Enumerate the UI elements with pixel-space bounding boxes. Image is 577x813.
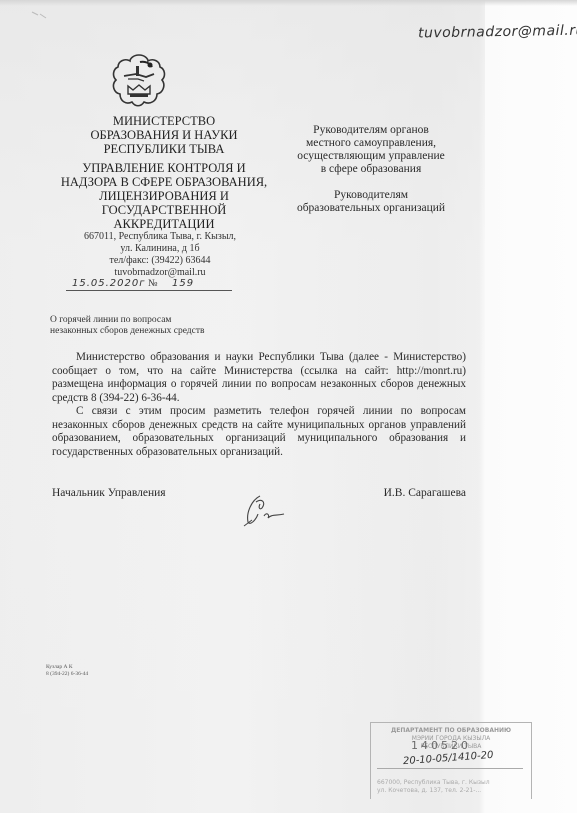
addressee-local-authorities: Руководителям органов местного самоуправ… xyxy=(276,124,466,176)
incoming-registration-stamp: ДЕПАРТАМЕНТ ПО ОБРАЗОВАНИЮ МЭРИИ ГОРОДА … xyxy=(370,722,532,799)
stamp-address: 667000, Республика Тыва, г. Кызыл ул. Ко… xyxy=(377,779,525,795)
body-paragraph: С связи с этим просим разметить телефон … xyxy=(52,405,466,459)
sender-address: 667011, Республика Тыва, г. Кызыл, ул. К… xyxy=(52,231,268,279)
stamp-underline xyxy=(377,768,523,769)
body-paragraph: Министерство образования и науки Республ… xyxy=(52,351,466,405)
handwritten-email-note: tuvobrnadzor@mail.ru xyxy=(418,23,577,42)
registration-number: 159 xyxy=(172,278,194,289)
signer-position: Начальник Управления xyxy=(52,487,166,499)
registration-underline xyxy=(66,290,232,291)
letter-subject: О горячей линии по вопросам незаконных с… xyxy=(50,315,270,337)
registration-date: 15.05.2020г xyxy=(72,278,146,289)
stamp-incoming-number: 140520 xyxy=(411,742,471,750)
tuva-coat-of-arms-icon xyxy=(110,52,168,108)
signer-name: И.В. Сарагашева xyxy=(384,487,466,499)
stamp-handwritten-date: 20-10-05/1410-20 xyxy=(403,752,494,766)
executor-phone: 8 (394-22) 6-36-44 xyxy=(46,671,88,678)
registration-line: 15.05.2020г № 159 xyxy=(66,278,232,292)
addressee-educational-orgs: Руководителям образовательных организаци… xyxy=(276,189,466,215)
sender-header: МИНИСТЕРСТВО ОБРАЗОВАНИЯ И НАУКИ РЕСПУБЛ… xyxy=(44,114,284,231)
ministry-name: МИНИСТЕРСТВО ОБРАЗОВАНИЯ И НАУКИ РЕСПУБЛ… xyxy=(44,114,284,156)
executor-info: Кузлар А К 8 (394-22) 6-36-44 xyxy=(46,664,88,678)
scanned-letter-page: tuvobrnadzor@mail.ru МИНИСТЕРСТВО ОБРАЗО… xyxy=(0,0,577,813)
addressee-block: Руководителям органов местного самоуправ… xyxy=(276,124,466,215)
executor-name: Кузлар А К xyxy=(46,664,88,671)
letter-body: Министерство образования и науки Республ… xyxy=(52,351,466,459)
registration-number-label: № xyxy=(148,278,158,289)
scan-artifact-mark xyxy=(30,10,50,20)
handwritten-signature-icon xyxy=(238,492,288,528)
scan-top-edge xyxy=(0,0,577,6)
department-name: УПРАВЛЕНИЕ КОНТРОЛЯ И НАДЗОРА В СФЕРЕ ОБ… xyxy=(44,161,284,231)
